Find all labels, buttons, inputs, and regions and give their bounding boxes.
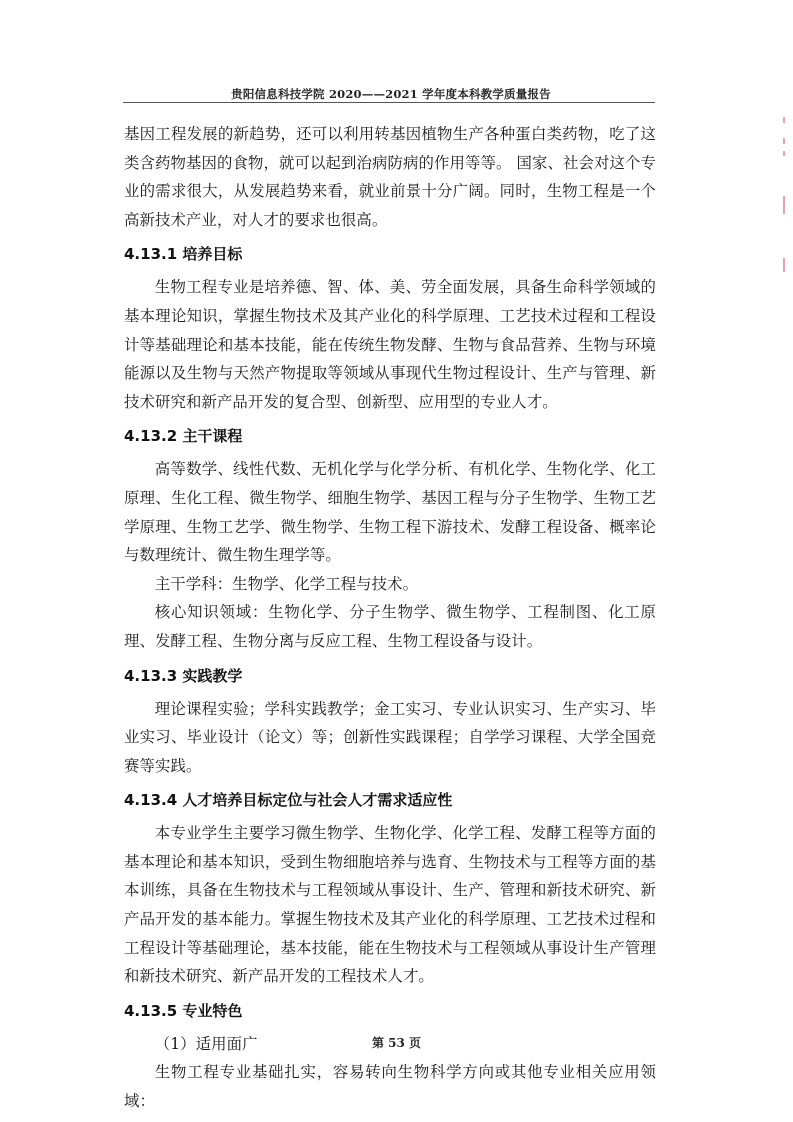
header-divider — [123, 102, 655, 103]
scan-edge-mark — [783, 196, 785, 214]
page-body: 基因工程发展的新趋势，还可以利用转基因植物生产各种蛋白类药物，吃了这类含药物基因… — [124, 120, 656, 1116]
scan-edge-mark — [783, 258, 785, 272]
scan-edge-mark — [783, 151, 785, 156]
section-training-goals: 4.13.1 培养目标 生物工程专业是培养德、智、体、美、劳全面发展，具备生命科… — [124, 244, 656, 416]
section-paragraph: 高等数学、线性代数、无机化学与化学分析、有机化学、生物化学、化工原理、生化工程、… — [124, 455, 656, 569]
section-practical-teaching: 4.13.3 实践教学 理论课程实验；学科实践教学；金工实习、专业认识实习、生产… — [124, 666, 656, 781]
scan-edge-mark — [783, 117, 785, 123]
section-paragraph: 主干学科：生物学、化学工程与技术。 — [124, 570, 656, 599]
section-paragraph: 本专业学生主要学习微生物学、生物化学、化学工程、发酵工程等方面的基本理论和基本知… — [124, 819, 656, 991]
section-main-courses: 4.13.2 主干课程 高等数学、线性代数、无机化学与化学分析、有机化学、生物化… — [124, 426, 656, 655]
section-paragraph: 核心知识领域：生物化学、分子生物学、微生物学、工程制图、化工原理、发酵工程、生物… — [124, 598, 656, 655]
scan-edge-mark — [783, 138, 785, 144]
intro-paragraph: 基因工程发展的新趋势，还可以利用转基因植物生产各种蛋白类药物，吃了这类含药物基因… — [124, 120, 656, 234]
section-heading: 4.13.4 人才培养目标定位与社会人才需求适应性 — [124, 790, 656, 810]
section-paragraph: 生物工程专业是培养德、智、体、美、劳全面发展，具备生命科学领域的基本理论知识，掌… — [124, 273, 656, 416]
section-paragraph: 理论课程实验；学科实践教学；金工实习、专业认识实习、生产实习、毕业实习、毕业设计… — [124, 695, 656, 781]
section-paragraph: 生物工程专业基础扎实，容易转向生物科学方向或其他专业相关应用领域： — [124, 1058, 656, 1115]
page-number: 第 53 页 — [0, 1034, 793, 1051]
section-heading: 4.13.2 主干课程 — [124, 426, 656, 446]
section-heading: 4.13.3 实践教学 — [124, 666, 656, 686]
section-program-features: 4.13.5 专业特色 （1）适用面广 生物工程专业基础扎实，容易转向生物科学方… — [124, 1001, 656, 1116]
section-talent-positioning: 4.13.4 人才培养目标定位与社会人才需求适应性 本专业学生主要学习微生物学、… — [124, 790, 656, 991]
section-heading: 4.13.1 培养目标 — [124, 244, 656, 264]
section-heading: 4.13.5 专业特色 — [124, 1001, 656, 1021]
header-title: 贵阳信息科技学院 2020——2021 学年度本科教学质量报告 — [127, 86, 655, 102]
